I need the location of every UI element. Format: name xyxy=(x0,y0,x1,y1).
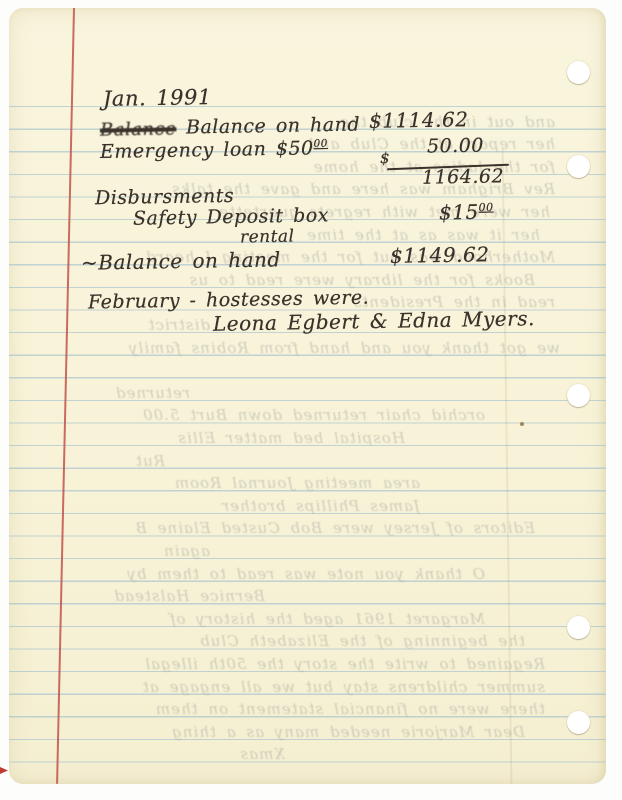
bleed-through-line: there were no financial statement on the… xyxy=(35,700,545,719)
safety-deposit-amount: $1500 xyxy=(439,200,494,225)
bleed-through-line: Editors of Jersey were Bob Custed Elaine… xyxy=(65,519,535,538)
crossed-out-word: Balance xyxy=(100,118,177,140)
bleed-through-line: James Phillips brother xyxy=(170,497,420,516)
punch-hole xyxy=(567,616,590,639)
bleed-through-line: Regained to write the story the 50th ill… xyxy=(35,655,545,674)
deposit-value: 15 xyxy=(452,200,479,224)
flourish-dash: ~ xyxy=(81,250,99,274)
red-edge-mark xyxy=(0,767,8,774)
bleed-through-line: area meeting Journal Room xyxy=(150,474,420,493)
punch-hole xyxy=(567,384,590,407)
bleed-through-line: O thank you note was read to them by xyxy=(65,565,485,584)
bleed-through-line: again xyxy=(95,542,210,561)
balance-on-hand-amount: $1114.62 xyxy=(369,107,469,133)
final-balance-label: Balance on hand xyxy=(98,247,281,274)
emergency-loan-cents: 00 xyxy=(313,138,328,150)
bleed-through-line: Margaret 1961 aged the history of xyxy=(65,610,485,629)
loan-column-amount: 50.00 xyxy=(427,135,484,158)
ink-speck xyxy=(520,422,524,426)
emergency-loan-label: Emergency loan xyxy=(100,138,267,163)
bleed-through-line: Xmas xyxy=(150,745,285,764)
bleed-through-line: Rut xyxy=(95,452,165,471)
bleed-through-line: summer childrens stay but we all engage … xyxy=(35,678,545,697)
bleed-through-line: Bernice Halstead xyxy=(65,587,265,606)
punch-hole xyxy=(567,155,590,178)
rental-label: rental xyxy=(240,227,295,248)
final-balance-amount: $1149.62 xyxy=(390,242,490,268)
punch-hole xyxy=(567,711,590,734)
bleed-through-line: orchid chair returned down Burt 5.00 xyxy=(95,406,485,425)
subtotal-amount: 1164.62 xyxy=(422,165,504,188)
bleed-through-line: Hospital bed matter Ellis xyxy=(95,429,405,448)
emergency-loan-line: Emergency loan $5000 xyxy=(100,137,328,163)
date-heading: Jan. 1991 xyxy=(103,85,212,111)
final-balance-line: ~Balance on hand xyxy=(81,247,281,274)
deposit-cents: 00 xyxy=(478,201,493,214)
deposit-currency-sign: $ xyxy=(439,200,453,224)
notebook-paper: and out in the club theher report at the… xyxy=(9,8,606,784)
bleed-through-line: we got thank you and hand from Robins fa… xyxy=(45,339,560,358)
bleed-through-line: the beginning of the Elizabeth Club xyxy=(45,632,525,651)
emergency-loan-inline-amount: $50 xyxy=(276,137,314,160)
bleed-through-line: district xyxy=(100,316,210,335)
balance-on-hand-label: Balance on hand xyxy=(186,113,360,138)
bleed-through-line: returned xyxy=(95,384,190,403)
scanned-document: { "document_type": "handwritten ledger p… xyxy=(0,0,622,800)
subtotal-currency-sign: $ xyxy=(380,149,390,167)
bleed-through-line: Dear Marjorie needed many as a thing xyxy=(65,723,525,742)
safety-deposit-label: Safety Deposit box xyxy=(133,204,329,229)
punch-hole xyxy=(567,61,590,84)
